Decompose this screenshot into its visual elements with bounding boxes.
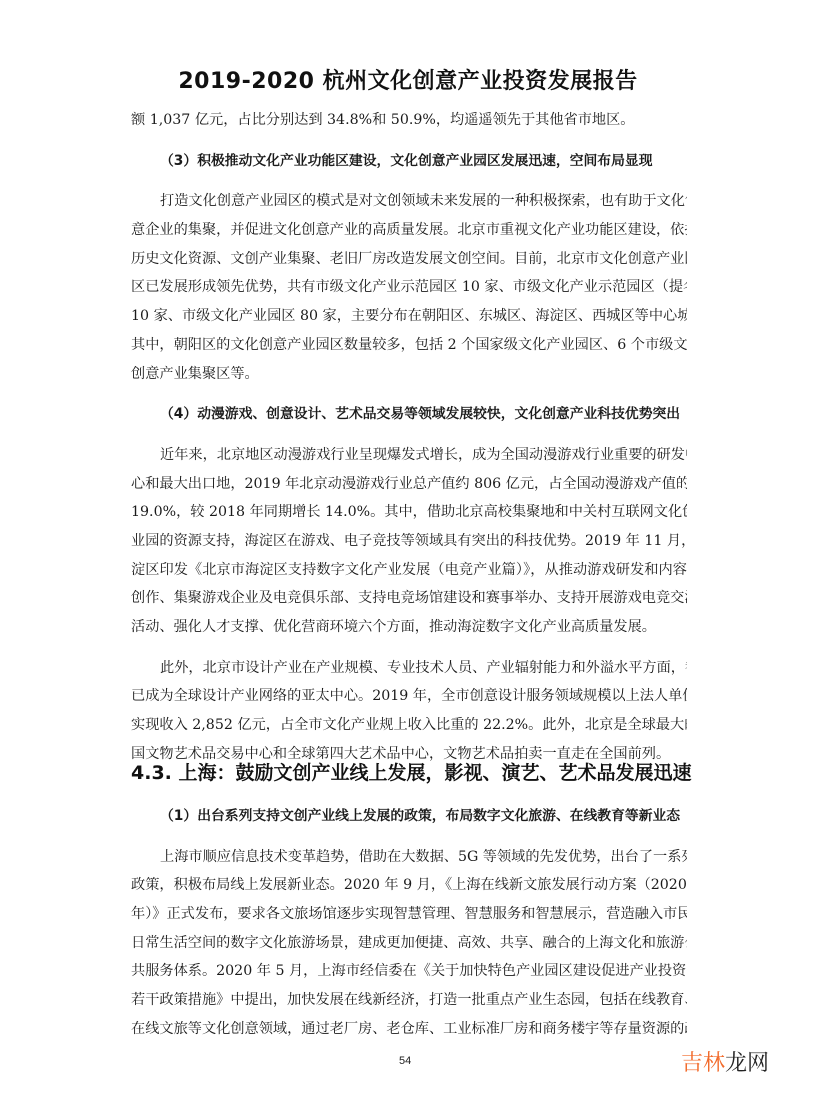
subheading-3: （3）积极推动文化产业功能区建设，文化创意产业园区发展迅速，空间布局显现 xyxy=(131,147,687,176)
text-line: 打造文化创意产业园区的模式是对文创领域未来发展的一种积极探索，也有助于文化创 xyxy=(131,187,687,216)
text-line: 10 家、市级文化产业园区 80 家，主要分布在朝阳区、东城区、海淀区、西城区等… xyxy=(131,302,687,331)
watermark-dark-text: 龙网 xyxy=(725,1051,769,1076)
text-line: 其中，朝阳区的文化创意产业园区数量较多，包括 2 个国家级文化产业园区、6 个市… xyxy=(131,331,687,360)
continuation-line: 额 1,037 亿元，占比分别达到 34.8%和 50.9%，均遥遥领先于其他省… xyxy=(131,106,687,135)
text-line: 近年来，北京地区动漫游戏行业呈现爆发式增长，成为全国动漫游戏行业重要的研发中 xyxy=(131,441,687,470)
text-line: 上海市顺应信息技术变革趋势，借助在大数据、5G 等领域的先发优势，出台了一系列 xyxy=(131,843,687,872)
section-heading-4-3: 4.3. 上海：鼓励文创产业线上发展，影视、演艺、艺术品发展迅速 xyxy=(131,758,692,785)
text-line: 业园的资源支持，海淀区在游戏、电子竞技等领域具有突出的科技优势。2019 年 1… xyxy=(131,527,687,556)
text-line: 创意产业集聚区等。 xyxy=(131,360,687,389)
text-line: 意企业的集聚，并促进文化创意产业的高质量发展。北京市重视文化产业功能区建设，依托 xyxy=(131,216,687,245)
text-line: 已成为全球设计产业网络的亚太中心。2019 年，全市创意设计服务领域规模以上法人… xyxy=(131,682,687,711)
text-line: 共服务体系。2020 年 5 月，上海市经信委在《关于加快特色产业园区建设促进产… xyxy=(131,957,687,986)
content-block-1: 额 1,037 亿元，占比分别达到 34.8%和 50.9%，均遥遥领先于其他省… xyxy=(131,106,687,768)
subheading-1: （1）出台系列支持文创产业线上发展的政策，布局数字文化旅游、在线教育等新业态 xyxy=(131,802,687,831)
text-line: 心和最大出口地，2019 年北京动漫游戏行业总产值约 806 亿元，占全国动漫游… xyxy=(131,470,687,499)
text-line: 年）》正式发布，要求各文旅场馆逐步实现智慧管理、智慧服务和智慧展示，营造融入市民 xyxy=(131,900,687,929)
text-line: 若干政策措施》中提出，加快发展在线新经济，打造一批重点产业生态园，包括在线教育、 xyxy=(131,986,687,1015)
text-line: 活动、强化人才支撑、优化营商环境六个方面，推动海淀数字文化产业高质量发展。 xyxy=(131,613,687,642)
text-line: 淀区印发《北京市海淀区支持数字文化产业发展（电竞产业篇）》，从推动游戏研发和内容 xyxy=(131,556,687,585)
content-block-2: （1）出台系列支持文创产业线上发展的政策，布局数字文化旅游、在线教育等新业态 上… xyxy=(131,802,687,1044)
text-line: 在线文旅等文化创意领域，通过老厂房、老仓库、工业标准厂房和商务楼宇等存量资源的改 xyxy=(131,1015,687,1044)
report-title: 2019-2020 杭州文化创意产业投资发展报告 xyxy=(0,64,816,95)
subheading-4: （4）动漫游戏、创意设计、艺术品交易等领域发展较快，文化创意产业科技优势突出 xyxy=(131,400,687,429)
text-line: 历史文化资源、文创产业集聚、老旧厂房改造发展文创空间。目前，北京市文化创意产业园 xyxy=(131,245,687,274)
paragraph-shanghai-online: 上海市顺应信息技术变革趋势，借助在大数据、5G 等领域的先发优势，出台了一系列 … xyxy=(131,843,687,1044)
watermark-accent-text: 吉林 xyxy=(681,1051,725,1076)
page-number: 54 xyxy=(399,1055,411,1067)
paragraph-design-industry: 此外，北京市设计产业在产业规模、专业技术人员、产业辐射能力和外溢水平方面，都 已… xyxy=(131,654,687,769)
text-line: 日常生活空间的数字文化旅游场景，建成更加便捷、高效、共享、融合的上海文化和旅游公 xyxy=(131,929,687,958)
paragraph-park-development: 打造文化创意产业园区的模式是对文创领域未来发展的一种积极探索，也有助于文化创 意… xyxy=(131,187,687,388)
watermark-logo: 吉林龙网 xyxy=(681,1046,769,1077)
text-line: 区已发展形成领先优势，共有市级文化产业示范园区 10 家、市级文化产业示范园区（… xyxy=(131,273,687,302)
text-line: 政策，积极布局线上发展新业态。2020 年 9 月，《上海在线新文旅发展行动方案… xyxy=(131,871,687,900)
paragraph-animation-games: 近年来，北京地区动漫游戏行业呈现爆发式增长，成为全国动漫游戏行业重要的研发中 心… xyxy=(131,441,687,642)
document-page: 2019-2020 杭州文化创意产业投资发展报告 额 1,037 亿元，占比分别… xyxy=(0,0,816,1099)
text-line: 19.0%，较 2018 年同期增长 14.0%。其中，借助北京高校集聚地和中关… xyxy=(131,498,687,527)
text-line: 创作、集聚游戏企业及电竞俱乐部、支持电竞场馆建设和赛事举办、支持开展游戏电竞交流 xyxy=(131,584,687,613)
text-line: 实现收入 2,852 亿元，占全市文化产业规上收入比重的 22.2%。此外，北京… xyxy=(131,711,687,740)
text-line: 此外，北京市设计产业在产业规模、专业技术人员、产业辐射能力和外溢水平方面，都 xyxy=(131,654,687,683)
